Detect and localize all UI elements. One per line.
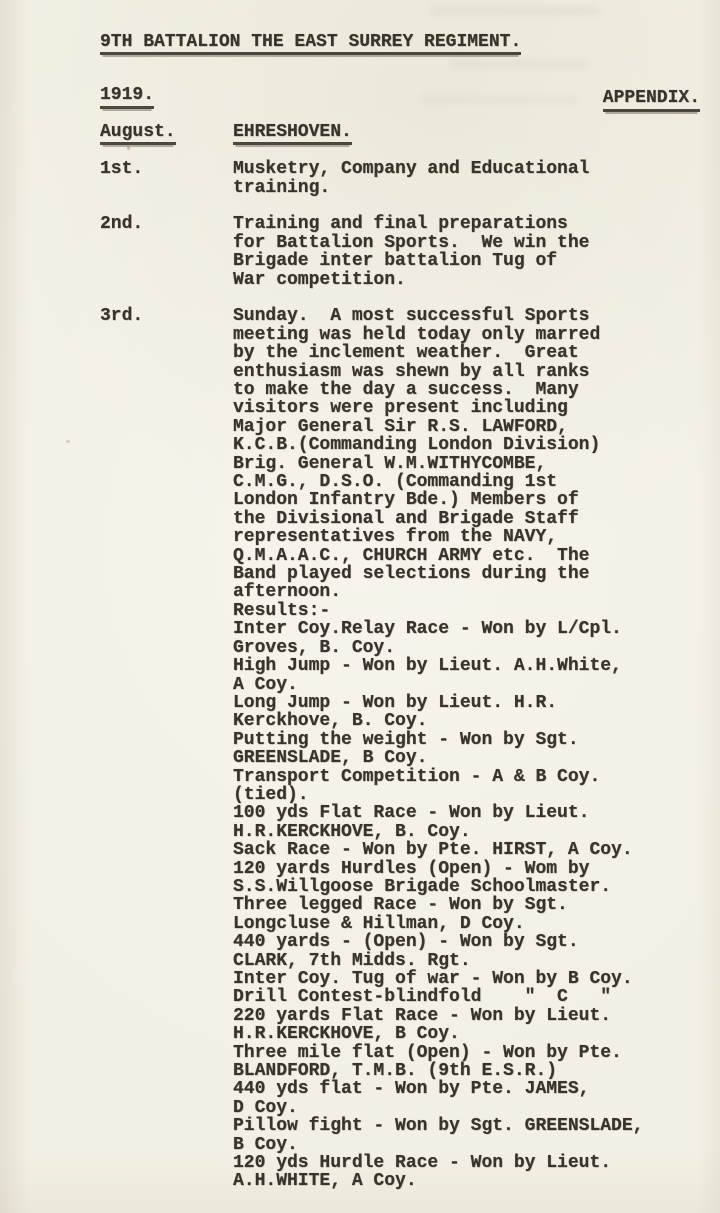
month-label: August. <box>100 123 176 145</box>
entry-date: 2nd. <box>100 215 233 233</box>
entry-text: Musketry, Company and Educational traini… <box>233 160 589 197</box>
entry-date: 1st. <box>100 160 233 178</box>
meta-row: 1919. APPENDIX. <box>100 86 700 108</box>
diary-entry: 2nd. Training and final preparations for… <box>100 215 720 289</box>
month-column: August. <box>100 123 233 145</box>
diary-entry: 1st. Musketry, Company and Educational t… <box>100 160 720 197</box>
year-label: 1919. <box>100 86 154 108</box>
subheader-row: August. EHRESHOVEN. <box>100 123 720 145</box>
appendix-label: APPENDIX. <box>603 89 700 111</box>
scanned-document-page: 9TH BATTALION THE EAST SURREY REGIMENT. … <box>0 0 720 1213</box>
diary-entry: 3rd. Sunday. A most successful Sports me… <box>100 307 720 1191</box>
title-row: 9TH BATTALION THE EAST SURREY REGIMENT. <box>100 33 720 55</box>
page-title: 9TH BATTALION THE EAST SURREY REGIMENT. <box>100 33 521 55</box>
entry-text: Sunday. A most successful Sports meeting… <box>233 307 643 1191</box>
entry-text: Training and final preparations for Batt… <box>233 215 589 289</box>
document-content: 9TH BATTALION THE EAST SURREY REGIMENT. … <box>0 0 720 1191</box>
location-heading: EHRESHOVEN. <box>233 123 352 145</box>
entry-date: 3rd. <box>100 307 233 325</box>
